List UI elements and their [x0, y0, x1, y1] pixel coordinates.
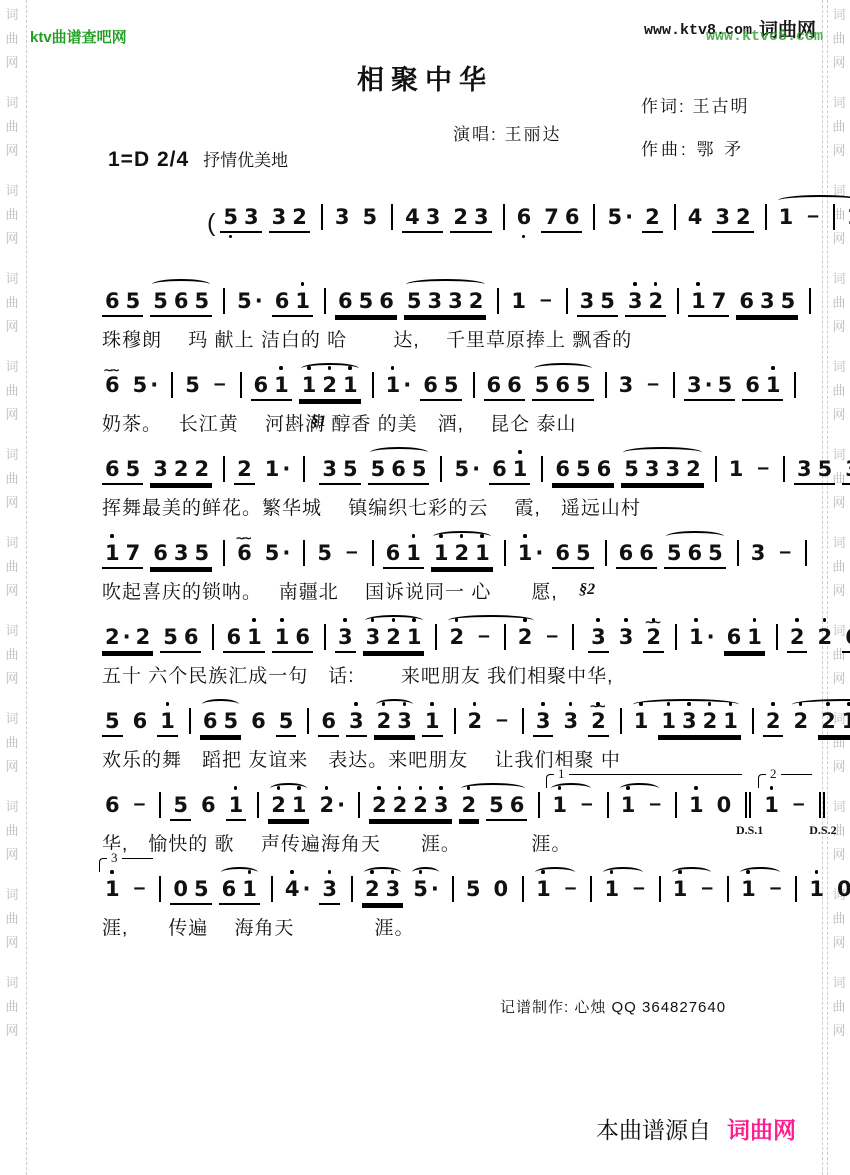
repeat-label-text: D.S.1	[736, 823, 763, 838]
note-digit: 5	[463, 876, 484, 902]
barline	[737, 540, 739, 566]
note-cluster: 56	[160, 624, 201, 653]
note-cluster: 5	[170, 792, 191, 821]
note-digit: 6	[420, 372, 441, 398]
watermark-char: 曲	[5, 472, 18, 485]
note-digit: 3	[588, 624, 609, 650]
watermark-char: 词	[5, 624, 18, 637]
note-digit: 1	[618, 792, 639, 818]
note-digit: 2	[383, 624, 404, 650]
note-digit: 4	[685, 204, 706, 230]
barline	[321, 204, 323, 230]
note-digit: 3	[533, 708, 554, 734]
note-digit: 5	[220, 204, 241, 230]
note-digit: 1	[688, 288, 709, 314]
note-cluster: 6	[102, 792, 123, 818]
note-cluster: 17	[688, 288, 729, 317]
augmentation-dot: ·	[255, 288, 263, 314]
notes-row: 2·256611633212–2–§233∼∼21·612265–	[102, 608, 762, 658]
barline	[620, 708, 622, 734]
note-digit: 2	[787, 624, 808, 650]
slur-arc	[535, 867, 575, 878]
watermark-group: 词曲网	[831, 360, 847, 421]
watermark-char: 词	[5, 888, 18, 901]
note-digit: 1	[533, 876, 554, 902]
volta-bracket: 3	[99, 858, 153, 872]
note-cluster: 3	[616, 372, 637, 398]
note-digit: 5	[160, 624, 181, 650]
note-digit: 3	[346, 708, 367, 734]
note-digit: 5	[170, 792, 191, 818]
note-digit: 6	[685, 540, 706, 566]
watermark-group: 词曲网	[831, 272, 847, 333]
note-digit: 3	[332, 204, 353, 230]
note-cluster: 1	[549, 792, 570, 818]
slur-arc	[376, 699, 413, 710]
note-digit: 6	[562, 204, 583, 230]
note-digit: 5	[192, 540, 213, 566]
note-cluster: 61	[724, 624, 765, 653]
note-digit: 5	[778, 288, 799, 314]
note-cluster: 1·	[262, 456, 293, 482]
note-digit: 1	[102, 876, 123, 902]
watermark-char: 词	[832, 8, 845, 21]
note-digit: 6	[736, 288, 757, 314]
note-digit: 7	[541, 204, 562, 230]
note-cluster: 6	[198, 792, 219, 818]
note-digit: 5	[356, 288, 377, 314]
note-digit: 2	[700, 708, 721, 734]
note-cluster: 65	[420, 372, 461, 401]
note-digit: 2	[588, 708, 609, 734]
barline	[677, 288, 679, 314]
note-cluster: 1	[776, 204, 797, 230]
barline	[593, 204, 595, 230]
note-cluster: ∼∼6	[234, 540, 255, 566]
barline	[675, 624, 677, 650]
watermark-char: 词	[5, 96, 18, 109]
note-digit: 1	[806, 876, 827, 902]
note-digit: 1	[720, 708, 741, 734]
note-digit: 5	[150, 288, 171, 314]
note-cluster: 3	[616, 624, 637, 650]
note-digit: 1	[404, 624, 425, 650]
watermark-char: 曲	[832, 736, 845, 749]
note-cluster: 5332	[621, 456, 704, 485]
duration-dash: –	[346, 540, 358, 564]
volta-bracket: 2	[758, 774, 812, 788]
notes-row: 6–561212·22232561–1–10D.S.11–D.S.212	[102, 776, 762, 826]
watermark-char: 网	[832, 496, 845, 509]
note-digit: 2	[515, 624, 536, 650]
note-cluster: 322	[150, 456, 212, 485]
watermark-char: 曲	[5, 560, 18, 573]
note-digit: 2	[234, 456, 255, 482]
volta-bracket: 1	[546, 774, 742, 788]
note-cluster: 2	[234, 456, 255, 485]
note-cluster: 3	[748, 540, 769, 566]
barline	[566, 288, 568, 314]
note-cluster: 1	[157, 708, 178, 737]
watermark-char: 网	[832, 320, 845, 333]
sheet-music-page: 词曲网词曲网词曲网词曲网词曲网词曲网词曲网词曲网词曲网词曲网词曲网词曲网 词曲网…	[0, 0, 850, 1175]
note-digit: 1	[340, 372, 361, 398]
watermark-char: 网	[5, 672, 18, 685]
note-digit: 6	[484, 372, 505, 398]
performer-credit: 演唱: 王丽达	[453, 120, 561, 145]
watermark-group: 词曲网	[4, 96, 20, 157]
note-cluster: 23	[362, 876, 403, 905]
note-digit: 5	[715, 372, 736, 398]
note-digit: 6	[489, 456, 510, 482]
note-digit: 1	[292, 288, 313, 314]
watermark-char: 曲	[5, 296, 18, 309]
note-digit: 6	[552, 456, 573, 482]
key-time-signature: 1=D 2/4	[108, 148, 189, 171]
augmentation-dot: ·	[282, 456, 290, 482]
note-cluster: 32	[269, 204, 310, 233]
note-cluster: ∼∼6	[102, 372, 123, 398]
note-digit: 7	[123, 540, 144, 566]
source-prefix: 本曲谱源自	[596, 1117, 711, 1143]
note-cluster: 2121	[818, 708, 850, 737]
note-cluster: 65	[552, 540, 593, 569]
note-digit: 6	[102, 456, 123, 482]
note-cluster: 1	[726, 456, 747, 482]
composer-credit: 作曲: 鄂 矛	[641, 135, 744, 160]
note-cluster: 1	[686, 792, 707, 818]
note-cluster: 1321	[658, 708, 741, 737]
note-digit: 3	[625, 288, 646, 314]
note-digit: 6	[742, 372, 763, 398]
note-cluster: 23	[374, 708, 415, 737]
note-digit: 1	[422, 708, 443, 734]
volta-number: 2	[766, 766, 781, 782]
note-cluster: 0	[834, 876, 850, 902]
note-digit: 2	[452, 540, 473, 566]
note-digit: 1	[102, 540, 123, 566]
note-digit: 2	[374, 708, 395, 734]
note-digit: 2	[818, 708, 839, 734]
note-cluster: 23	[450, 204, 491, 233]
note-cluster: 1·	[383, 372, 414, 398]
note-digit: 3	[319, 456, 340, 482]
note-digit: 2	[410, 792, 431, 818]
note-digit: 5	[340, 456, 361, 482]
final-barline	[745, 792, 747, 818]
note-cluster: 1	[422, 708, 443, 737]
note-digit: 1	[244, 624, 265, 650]
note-digit: 5	[191, 876, 212, 902]
left-dashed-border	[26, 0, 27, 1175]
note-digit: 6	[388, 456, 409, 482]
note-cluster: 121	[431, 540, 493, 569]
watermark-char: 网	[5, 936, 18, 949]
watermark-group: 词曲网	[4, 360, 20, 421]
note-digit: 5	[441, 372, 462, 398]
note-digit: 3	[662, 456, 683, 482]
note-cluster: 2	[790, 708, 811, 734]
lyrics-line: 五十 六个民族汇成一句 话: 来吧朋友 我们相聚中华,	[102, 661, 762, 688]
note-digit: 5	[102, 708, 123, 734]
note-digit: 1	[472, 540, 493, 566]
note-digit: 5	[573, 540, 594, 566]
note-digit: 2	[459, 792, 480, 818]
note-cluster: 1·	[686, 624, 717, 650]
note-digit: 6	[318, 708, 339, 734]
note-digit: 1	[726, 456, 747, 482]
note-digit: 2	[465, 708, 486, 734]
note-cluster: 1	[102, 876, 123, 902]
note-digit: 2	[316, 792, 337, 818]
note-cluster: 3	[533, 708, 554, 737]
note-digit: 3	[335, 624, 356, 650]
watermark-char: 词	[5, 712, 18, 725]
note-digit: 6	[198, 792, 219, 818]
note-digit: 6	[219, 876, 240, 902]
slur-arc	[740, 867, 780, 878]
note-digit: 5	[409, 456, 430, 482]
watermark-group: 词曲网	[4, 272, 20, 333]
note-cluster: 5·	[234, 288, 265, 314]
barline	[590, 876, 592, 902]
barline	[189, 708, 191, 734]
note-digit: 1	[670, 876, 691, 902]
note-cluster: 6	[318, 708, 339, 737]
note-cluster: 635	[150, 540, 212, 569]
watermark-group: 词曲网	[4, 536, 20, 597]
note-digit: 5	[123, 288, 144, 314]
watermark-char: 网	[5, 496, 18, 509]
note-digit: 6	[552, 540, 573, 566]
duration-dash: –	[770, 876, 782, 900]
source-brand-link[interactable]: 词曲网	[727, 1117, 796, 1143]
note-cluster: 2	[446, 624, 467, 650]
watermark-char: 网	[832, 760, 845, 773]
note-cluster: 66	[484, 372, 525, 401]
watermark-group: 词曲网	[4, 448, 20, 509]
note-cluster: 61	[489, 456, 530, 485]
note-cluster: 53	[220, 204, 261, 233]
watermark-char: 词	[5, 448, 18, 461]
barline	[372, 372, 374, 398]
note-digit: 6	[376, 288, 397, 314]
barline	[752, 708, 754, 734]
watermark-char: 曲	[832, 296, 845, 309]
note-cluster: 5·	[451, 456, 482, 482]
slur-arc	[778, 195, 850, 206]
note-digit: 6	[335, 288, 356, 314]
watermark-group: 词曲网	[831, 976, 847, 1037]
barline	[223, 456, 225, 482]
note-digit: 4	[402, 204, 423, 230]
barline	[497, 288, 499, 314]
watermark-char: 网	[5, 848, 18, 861]
note-digit: 0	[170, 876, 191, 902]
note-cluster: 61	[383, 540, 424, 569]
note-cluster: 4·	[282, 876, 313, 902]
note-digit: 2	[642, 204, 663, 230]
note-cluster: 6	[130, 708, 151, 734]
note-digit: 1	[844, 204, 850, 230]
note-cluster: 61	[223, 624, 264, 653]
note-cluster: 65	[102, 456, 143, 485]
augmentation-dot: ·	[625, 204, 633, 230]
barline	[303, 540, 305, 566]
note-digit: 6	[842, 624, 850, 650]
watermark-char: 词	[5, 272, 18, 285]
parenthesis: (	[207, 209, 215, 238]
watermark-char: 曲	[832, 912, 845, 925]
augmentation-dot: ·	[337, 792, 345, 818]
watermark-char: 曲	[5, 32, 18, 45]
site-link-left[interactable]: ktv曲谱查吧网	[30, 26, 127, 47]
watermark-char: 词	[832, 272, 845, 285]
slur-arc	[370, 447, 428, 458]
note-digit: 1	[157, 708, 178, 734]
note-digit: 3	[319, 876, 340, 902]
duration-dash: –	[581, 792, 593, 816]
barline	[240, 372, 242, 398]
watermark-char: 网	[5, 1024, 18, 1037]
note-digit: 3	[363, 624, 384, 650]
note-cluster: 1	[508, 288, 529, 314]
watermark-group: 词曲网	[831, 536, 847, 597]
note-cluster: 17	[102, 540, 143, 569]
note-cluster: 1	[226, 792, 247, 821]
note-digit: 1	[549, 792, 570, 818]
note-digit: 2	[733, 204, 754, 230]
duration-dash: –	[134, 792, 146, 816]
slur-arc	[623, 447, 702, 458]
note-digit: 5	[314, 540, 335, 566]
watermark-char: 词	[5, 800, 18, 813]
watermark-char: 曲	[832, 384, 845, 397]
note-cluster: 2	[787, 624, 808, 653]
barline	[440, 456, 442, 482]
note-digit: 6	[724, 624, 745, 650]
segno-glyph: §2	[579, 581, 595, 599]
watermark-char: 网	[5, 320, 18, 333]
barline	[675, 792, 677, 818]
watermark-char: 网	[832, 848, 845, 861]
duration-dash: –	[540, 288, 552, 312]
note-cluster: 5332	[404, 288, 487, 317]
duration-dash: –	[546, 624, 558, 648]
note-cluster: 1	[806, 876, 827, 902]
note-cluster: 61	[272, 288, 313, 317]
note-cluster: 656	[552, 456, 614, 485]
augmentation-dot: ·	[150, 372, 158, 398]
note-digit: 0	[834, 876, 850, 902]
note-digit: 1	[383, 372, 404, 398]
note-cluster: 5·	[130, 372, 161, 398]
note-cluster: 65	[102, 288, 143, 317]
note-digit: 3	[642, 456, 663, 482]
barline	[809, 288, 811, 314]
note-cluster: 3	[319, 876, 340, 905]
note-digit: 6	[292, 624, 313, 650]
barline	[504, 624, 506, 650]
watermark-char: 曲	[5, 384, 18, 397]
note-digit: 0	[491, 876, 512, 902]
note-digit: 6	[552, 372, 573, 398]
lyrics-line: 挥舞最美的鲜花。繁华城 镇编织七彩的云 霞, 遥远山村	[102, 493, 762, 520]
augmentation-dot: ·	[472, 456, 480, 482]
slur-arc	[412, 867, 439, 878]
barline	[452, 876, 454, 902]
duration-dash: –	[647, 372, 659, 396]
notes-row: 6532221·§1355655·6165653321–3532	[102, 440, 762, 490]
note-cluster: 3	[346, 708, 367, 737]
note-digit: 6	[504, 372, 525, 398]
slur-arc	[365, 615, 423, 626]
watermark-group: 词曲网	[831, 96, 847, 157]
slur-arc	[301, 363, 359, 374]
volta-number: 1	[554, 766, 569, 782]
watermark-char: 网	[5, 232, 18, 245]
note-cluster: 321	[363, 624, 425, 653]
note-cluster: 1·	[515, 540, 546, 566]
score: (53323543236765·24321–1–)655655·61656533…	[102, 188, 762, 944]
transcriber-credit: 记谱制作: 心烛 QQ 364827640	[500, 996, 726, 1017]
lyrics-line: 涯, 传遍 海角天 涯。	[102, 913, 762, 940]
note-digit: 3	[794, 456, 815, 482]
barline	[372, 540, 374, 566]
slur-arc	[406, 279, 485, 290]
note-cluster: 6	[248, 708, 269, 734]
slur-arc	[633, 699, 739, 710]
barline	[765, 204, 767, 230]
note-digit: 5	[573, 456, 594, 482]
watermark-char: 词	[5, 536, 18, 549]
notes-row: ∼∼65·5–611211·65665653–3·561	[102, 356, 762, 406]
note-digit: 5	[182, 372, 203, 398]
note-cluster: 61	[219, 876, 260, 905]
note-digit: 3	[842, 456, 850, 482]
note-digit: 3	[269, 204, 290, 230]
watermark-char: 曲	[5, 648, 18, 661]
music-system: 1–05614·3235·501–1–1–1–10FINE3涯, 传遍 海角天 …	[102, 860, 762, 944]
music-system: (53323543236765·24321–1–)	[102, 188, 762, 272]
watermark-char: 词	[5, 360, 18, 373]
note-cluster: 3·5	[684, 372, 735, 401]
watermark-char: 曲	[832, 560, 845, 573]
watermark-char: 曲	[832, 120, 845, 133]
note-digit: 5	[486, 792, 507, 818]
barline	[715, 456, 717, 482]
note-digit: 6	[102, 372, 123, 398]
note-digit: 5	[815, 456, 836, 482]
note-digit: 2	[369, 792, 390, 818]
barline	[541, 456, 543, 482]
note-digit: 6	[102, 288, 123, 314]
note-cluster: 76	[541, 204, 582, 233]
note-digit: 2	[814, 624, 835, 650]
slur-arc	[672, 867, 711, 878]
note-digit: 5	[262, 540, 283, 566]
note-digit: 2	[643, 624, 664, 650]
note-cluster: 4	[685, 204, 706, 230]
barline	[351, 876, 353, 902]
note-digit: 2	[390, 792, 411, 818]
augmentation-dot: ·	[705, 372, 713, 398]
note-digit: 2	[289, 204, 310, 230]
barline	[159, 792, 161, 818]
note-cluster: 1	[761, 792, 782, 818]
music-system: 17635∼∼65·5–611211·65665653–吹起喜庆的锁呐。 南疆北…	[102, 524, 762, 608]
notes-row: 17635∼∼65·5–611211·65665653–	[102, 524, 762, 574]
